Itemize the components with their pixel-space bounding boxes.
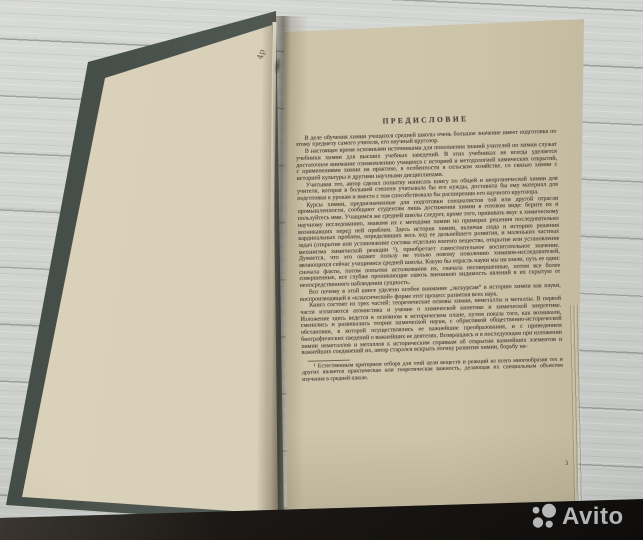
preface-paragraph: Книга состоит из трех частей: теоретичес… [300, 296, 562, 357]
preface-text-block: ПРЕДИСЛОВИЕ В деле обучения химии учащих… [295, 114, 563, 383]
avito-watermark: Avito [531, 503, 624, 530]
preface-paragraph: Курсы химии, предназначенные для подгото… [297, 195, 560, 289]
footnote-separator [308, 359, 350, 361]
avito-logo-icon [531, 503, 558, 530]
book-photo: 4р ПРЕДИСЛОВИЕ В деле обучения химии уча… [0, 0, 643, 540]
page-number: 3 [565, 460, 568, 467]
avito-wordmark: Avito [562, 504, 624, 530]
